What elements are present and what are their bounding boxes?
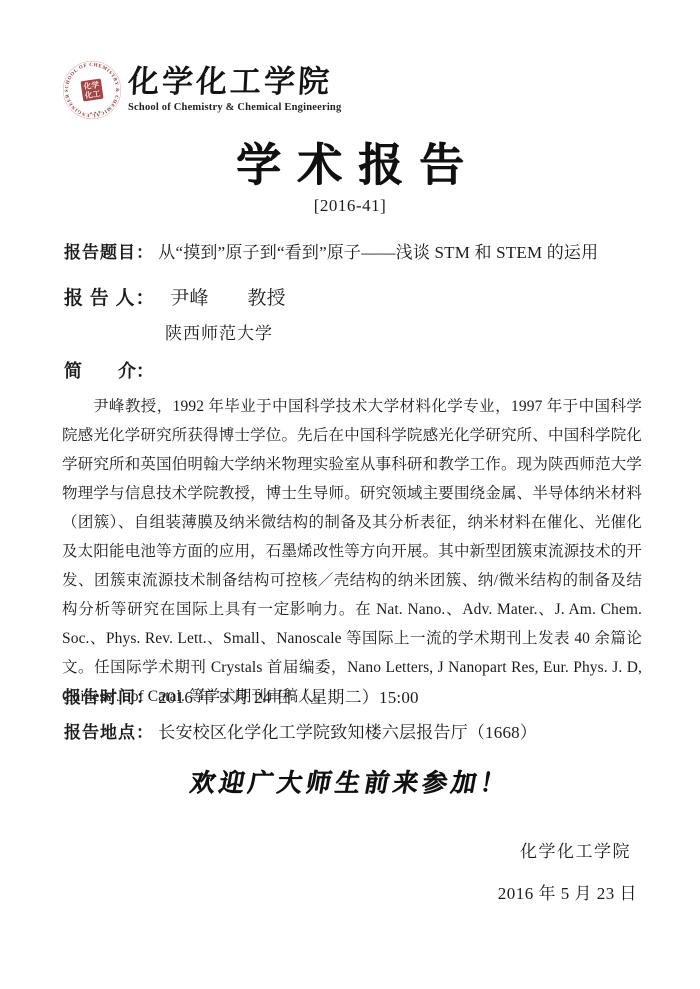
speaker-affiliation: 陕西师范大学	[165, 319, 273, 344]
time-row: 报告时间： 2016 年 5 月 24 日（星期二）15:00	[64, 683, 648, 708]
page-title: 学术报告	[0, 128, 700, 193]
issue-number: [2016-41]	[0, 196, 700, 216]
topic-value: 从“摸到”原子到“看到”原子——浅谈 STM 和 STEM 的运用	[158, 243, 598, 262]
seal-stars: ★ ★ ★	[89, 110, 102, 116]
intro-paragraph: 尹峰教授，1992 年毕业于中国科学技术大学材料化学专业，1997 年于中国科学…	[62, 392, 642, 711]
logo-text: 化学化工学院 School of Chemistry & Chemical En…	[128, 60, 341, 113]
speaker-title: 教授	[247, 288, 285, 309]
location-label: 报告地点：	[64, 723, 154, 742]
signature-date: 2016 年 5 月 23 日	[498, 879, 637, 904]
organization-name-english: School of Chemistry & Chemical Engineeri…	[128, 102, 341, 113]
signature-block: 化学化工学院 2016 年 5 月 23 日	[498, 837, 637, 904]
header-logo-block: SCHOOL OF CHEMISTRY & CHEMICAL ENGINEERI…	[62, 60, 341, 120]
school-seal-icon: SCHOOL OF CHEMISTRY & CHEMICAL ENGINEERI…	[62, 60, 122, 120]
announcement-page: SCHOOL OF CHEMISTRY & CHEMICAL ENGINEERI…	[0, 0, 700, 989]
organization-name-chinese: 化学化工学院	[127, 66, 342, 99]
speaker-row: 报 告 人： 尹峰 教授	[64, 283, 648, 310]
speaker-label: 报 告 人：	[64, 288, 156, 309]
time-value: 2016 年 5 月 24 日（星期二）15:00	[158, 688, 418, 707]
location-value: 长安校区化学化工学院致知楼六层报告厅（1668）	[158, 723, 537, 742]
topic-label: 报告题目：	[64, 243, 154, 262]
time-label: 报告时间：	[64, 688, 154, 707]
intro-label: 简 介：	[64, 357, 154, 383]
topic-row: 报告题目： 从“摸到”原子到“看到”原子——浅谈 STM 和 STEM 的运用	[64, 238, 648, 263]
location-row: 报告地点： 长安校区化学化工学院致知楼六层报告厅（1668）	[64, 718, 648, 743]
speaker-name: 尹峰	[170, 288, 208, 309]
welcome-line: 欢迎广大师生前来参加！	[0, 763, 700, 799]
signature-organization: 化学化工学院	[498, 837, 631, 862]
